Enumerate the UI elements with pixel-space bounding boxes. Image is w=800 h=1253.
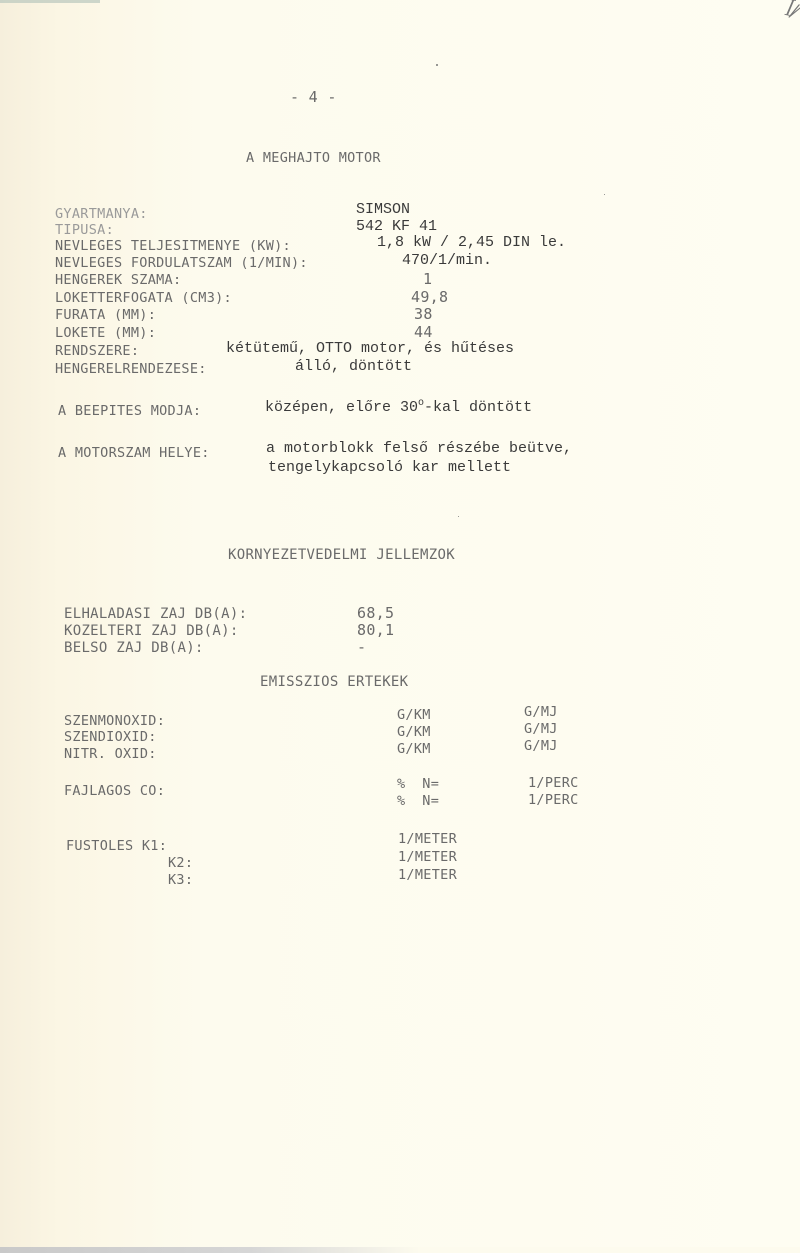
spec-label: HENGEREK SZAMA:	[55, 272, 181, 288]
spec-label: LOKETTERFOGATA (CM3):	[55, 290, 232, 306]
page-number: - 4 -	[290, 88, 337, 106]
emission-unit-km: G/KM	[397, 707, 431, 723]
spec-value: SIMSON	[356, 201, 410, 218]
noise-label: KOZELTERI ZAJ DB(A):	[64, 623, 239, 639]
smoke-unit: 1/METER	[398, 849, 457, 865]
spec-value: 1	[423, 270, 432, 288]
spec-label: NEVLEGES TELJESITMENYE (KW):	[55, 238, 291, 254]
spec-label: GYARTMANYA:	[55, 206, 148, 222]
spec-value: kétütemű, OTTO motor, és hűtéses	[226, 340, 514, 357]
spec-value: 470/1/min.	[402, 252, 492, 269]
emission-unit-mj: G/MJ	[524, 721, 558, 737]
noise-label: ELHALADASI ZAJ DB(A):	[64, 606, 247, 622]
emission-label: SZENDIOXID:	[64, 729, 157, 745]
specific-co-rpm: 1/PERC	[528, 775, 579, 791]
noise-value: 80,1	[357, 621, 394, 639]
noise-label: BELSO ZAJ DB(A):	[64, 640, 204, 656]
scan-edge-top	[0, 0, 100, 3]
handwritten-corner-mark: ꟾ/⁄	[784, 0, 798, 22]
spec-value: 542 KF 41	[356, 218, 437, 235]
mounting-label: A BEEPITES MODJA:	[58, 403, 201, 419]
section-title-environment: KORNYEZETVEDELMI JELLEMZOK	[228, 547, 455, 563]
spec-label: RENDSZERE:	[55, 343, 139, 359]
mounting-value: középen, előre 30o-kal döntött	[265, 398, 532, 416]
specific-co-unit: % N=	[397, 793, 439, 809]
mounting-value-tail: -kal döntött	[424, 399, 532, 416]
noise-value: 68,5	[357, 604, 394, 622]
smoke-unit: 1/METER	[398, 867, 457, 883]
specific-co-rpm: 1/PERC	[528, 792, 579, 808]
emission-label: NITR. OXID:	[64, 746, 157, 762]
section-title-emissions: EMISSZIOS ERTEKEK	[260, 674, 408, 690]
paper-speck	[436, 64, 438, 66]
mounting-value-main: középen, előre 30	[265, 399, 418, 416]
spec-value: álló, döntött	[295, 358, 412, 375]
section-title-motor: A MEGHAJTO MOTOR	[246, 150, 381, 166]
paper-speck	[458, 516, 459, 517]
smoke-label: K2:	[168, 855, 193, 871]
spec-label: NEVLEGES FORDULATSZAM (1/MIN):	[55, 255, 308, 271]
spec-value: 38	[414, 305, 433, 323]
engine-number-line2: tengelykapcsoló kar mellett	[268, 459, 511, 476]
spec-label: FURATA (MM):	[55, 307, 156, 323]
emission-unit-mj: G/MJ	[524, 704, 558, 720]
smoke-unit: 1/METER	[398, 831, 457, 847]
emission-unit-km: G/KM	[397, 741, 431, 757]
spec-label: TIPUSA:	[55, 222, 114, 238]
smoke-label: FUSTOLES K1:	[66, 838, 167, 854]
specific-co-unit: % N=	[397, 776, 439, 792]
paper-speck	[604, 194, 605, 195]
spec-value: 49,8	[411, 288, 448, 306]
noise-value: -	[357, 638, 366, 656]
emission-label: SZENMONOXID:	[64, 713, 165, 729]
spec-label: HENGERELRENDEZESE:	[55, 361, 207, 377]
emission-unit-mj: G/MJ	[524, 738, 558, 754]
engine-number-label: A MOTORSZAM HELYE:	[58, 445, 210, 461]
spec-value: 44	[414, 323, 433, 341]
spec-value: 1,8 kW / 2,45 DIN le.	[377, 234, 566, 251]
spec-label: LOKETE (MM):	[55, 325, 156, 341]
scan-edge-bottom	[0, 1247, 800, 1253]
engine-number-line1: a motorblokk felső részébe beütve,	[266, 440, 572, 457]
smoke-label: K3:	[168, 872, 193, 888]
specific-co-label: FAJLAGOS CO:	[64, 783, 165, 799]
emission-unit-km: G/KM	[397, 724, 431, 740]
